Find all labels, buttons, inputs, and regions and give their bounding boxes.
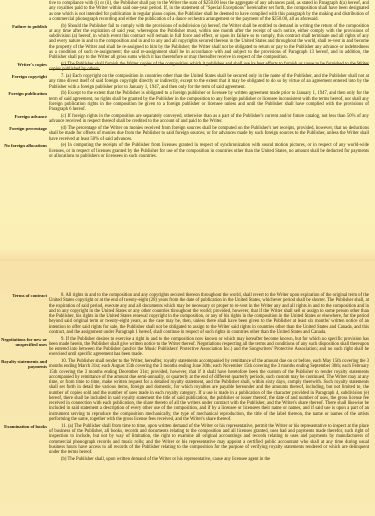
clause-text: 9. If the Publisher desires to exercise … — [49, 337, 375, 358]
continuation-row: tive to compliance with (i) or (ii), the… — [0, 1, 375, 24]
clause-text: (c) If foreign rights in the composition… — [49, 114, 375, 125]
clause-text: (b) Except to the extent that the Publis… — [49, 91, 375, 112]
margin-heading: Failure to publish — [0, 24, 49, 29]
paper-fold-line — [0, 259, 375, 261]
margin-heading: Negotiations for new or unspecified uses — [0, 337, 49, 347]
clause-text: (e) In computing the receipts of the Pub… — [49, 143, 375, 159]
clause-text: (b) The Publisher shall, upon written de… — [49, 457, 375, 462]
clause-text: 10. The Publisher shall render to the Wr… — [49, 359, 375, 422]
margin-heading: Examination of books — [0, 424, 49, 429]
margin-heading: Terms of contract — [0, 293, 49, 298]
margin-heading: Foreign publication — [0, 91, 49, 96]
clause-text: 8. All rights in and to the composition … — [49, 293, 375, 335]
clause-foreign-publication: Foreign publication (b) Except to the ex… — [0, 91, 375, 114]
bottom-section: Terms of contract 8. All rights in and t… — [0, 293, 375, 464]
clause-text: (d) The percentage of the Writer on moni… — [49, 126, 375, 142]
clause-royalty-statements: Royalty statements and payments 10. The … — [0, 359, 375, 424]
clause-foreign-copyright: Foreign copyright 7. (a) Each copyright … — [0, 74, 375, 91]
clause-text-struck-through: (c) The Publisher shall furnish the Writ… — [49, 62, 375, 73]
clause-writers-copies: Writer's copies (c) The Publisher shall … — [0, 62, 375, 74]
clause-text: 11. (a) The Publisher shall from time to… — [49, 424, 375, 456]
margin-heading: Foreign copyright — [0, 74, 49, 79]
scanned-contract-page: tive to compliance with (i) or (ii), the… — [0, 0, 375, 516]
margin-heading: Foreign percentage — [0, 126, 49, 131]
margin-heading: Writer's copies — [0, 62, 49, 67]
clause-failure-to-publish: Failure to publish (b) Should the Publis… — [0, 24, 375, 62]
clause-examination-b: (b) The Publisher shall, upon written de… — [0, 457, 375, 464]
clause-negotiations: Negotiations for new or unspecified uses… — [0, 337, 375, 360]
top-section: tive to compliance with (i) or (ii), the… — [0, 1, 375, 161]
clause-examination-of-books: Examination of books 11. (a) The Publish… — [0, 424, 375, 457]
clause-text: 7. (a) Each copyright on the composition… — [49, 74, 375, 90]
clause-foreign-percentage: Foreign percentage (d) The percentage of… — [0, 126, 375, 143]
continuation-paragraph: tive to compliance with (i) or (ii), the… — [49, 1, 375, 22]
clause-no-foreign-allocations: No foreign allocations (e) In computing … — [0, 143, 375, 160]
margin-heading: Royalty statements and payments — [0, 359, 49, 369]
clause-terms-of-contract: Terms of contract 8. All rights in and t… — [0, 293, 375, 337]
margin-heading: Foreign advance — [0, 114, 49, 119]
margin-heading: No foreign allocations — [0, 143, 49, 148]
clause-text: (b) Should the Publisher fail to comply … — [49, 24, 375, 61]
clause-foreign-advance: Foreign advance (c) If foreign rights in… — [0, 114, 375, 126]
